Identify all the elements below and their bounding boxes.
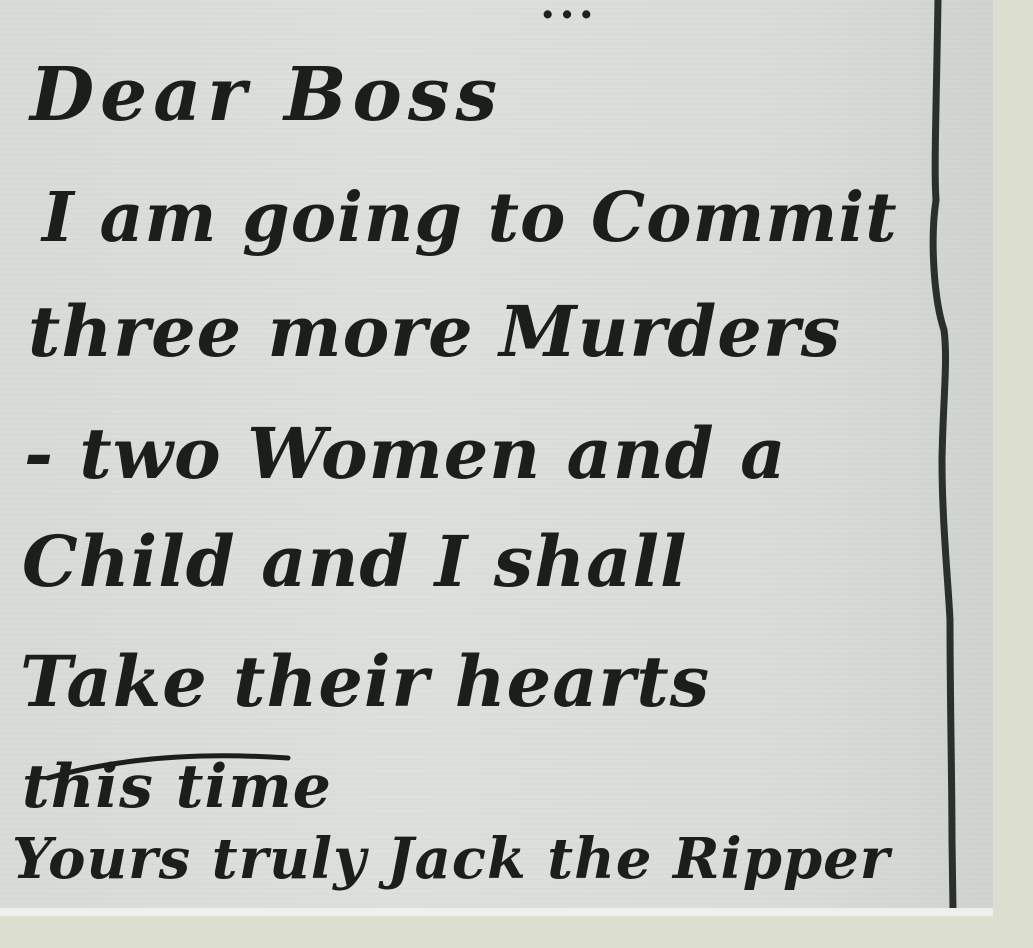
letter-line-1: I am going to Commit [42,178,898,258]
letter-line-2: three more Murders [28,290,841,373]
letter-line-4: Child and I shall [22,520,688,603]
letter-line-3: - two Women and a [24,412,786,495]
letter-paper: ... Dear Boss I am going to Commit three… [0,0,993,910]
letter-text: Dear Boss I am going to Commit three mor… [0,0,940,910]
signature-line: Yours truly Jack the Ripper [12,826,890,892]
paper-bottom-edge [0,908,993,916]
ink-strike-stroke [38,748,498,788]
letter-line-5: Take their hearts [20,640,710,723]
salutation: Dear Boss [30,52,503,138]
